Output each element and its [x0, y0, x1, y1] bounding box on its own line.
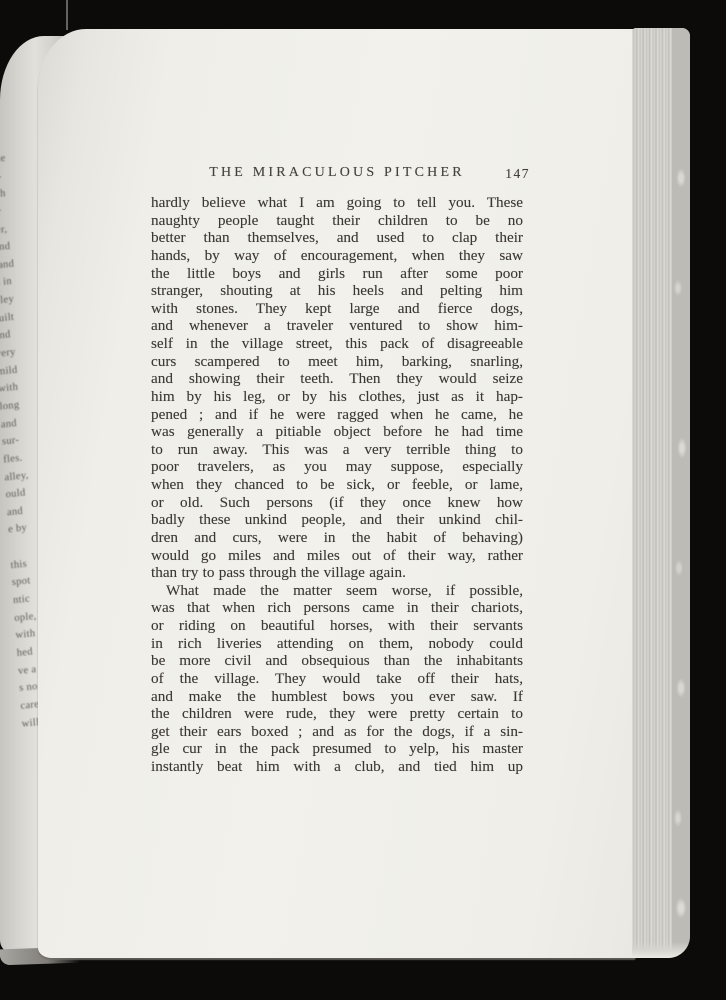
text-line: poor travelers, as you may suppose, espe… — [151, 458, 523, 476]
body-text: hardly believe what I am going to tell y… — [151, 194, 523, 776]
page-stack-bottom-edge — [632, 942, 690, 958]
text-line: and make the humblest bows you ever saw.… — [151, 688, 523, 706]
page-edge-ridges — [632, 28, 672, 958]
text-line: instantly beat him with a club, and tied… — [151, 758, 523, 776]
text-line: in rich liveries attending on them, nobo… — [151, 635, 523, 653]
book-page: THE MIRACULOUS PITCHER 147 hardly believ… — [38, 29, 636, 958]
spine-gap-shadow — [66, 0, 68, 30]
text-line: pened ; and if he were ragged when he ca… — [151, 406, 523, 424]
text-line: of the village. They would take off thei… — [151, 670, 523, 688]
text-line: What made the matter seem worse, if poss… — [151, 582, 523, 600]
text-line: or old. Such persons (if they once knew … — [151, 494, 523, 512]
text-line: gle cur in the pack presumed to yelp, hi… — [151, 740, 523, 758]
text-line: better than themselves, and used to clap… — [151, 229, 523, 247]
text-line: the little boys and girls run after some… — [151, 265, 523, 283]
text-line: be more civil and obsequious than the in… — [151, 652, 523, 670]
text-line: naughty people taught their children to … — [151, 212, 523, 230]
text-line: stranger, shouting at his heels and pelt… — [151, 282, 523, 300]
text-line: the children were rude, they were pretty… — [151, 705, 523, 723]
text-line: with stones. They kept large and fierce … — [151, 300, 523, 318]
text-line: badly these unkind people, and their unk… — [151, 511, 523, 529]
page-edges-stack — [632, 28, 690, 958]
text-line: was that when rich persons came in their… — [151, 599, 523, 617]
text-line: than try to pass through the village aga… — [151, 564, 523, 582]
text-line: would go miles and miles out of their wa… — [151, 547, 523, 565]
text-line: dren and curs, were in the habit of beha… — [151, 529, 523, 547]
text-line: when they chanced to be sick, or feeble,… — [151, 476, 523, 494]
book-edge-texture — [672, 28, 690, 958]
page-number: 147 — [505, 166, 530, 182]
chapter-title: THE MIRACULOUS PITCHER — [151, 165, 523, 181]
text-line: him by his leg, or by his clothes, just … — [151, 388, 523, 406]
text-line: and whenever a traveler ventured to show… — [151, 317, 523, 335]
text-line: get their ears boxed ; and as for the do… — [151, 723, 523, 741]
text-line: was generally a pitiable object before h… — [151, 423, 523, 441]
text-line: and showing their teeth. Then they would… — [151, 370, 523, 388]
text-line: to run away. This was a very terrible th… — [151, 441, 523, 459]
scanned-book-photo: somebul-cakhtierther,, andy andes inalle… — [0, 0, 726, 1000]
text-line: hands, by way of encouragement, when the… — [151, 247, 523, 265]
text-line: self in the village street, this pack of… — [151, 335, 523, 353]
text-line: or riding on beautiful horses, with thei… — [151, 617, 523, 635]
text-line: hardly believe what I am going to tell y… — [151, 194, 523, 212]
text-line: curs scampered to meet him, barking, sna… — [151, 353, 523, 371]
running-header: THE MIRACULOUS PITCHER 147 — [151, 165, 523, 185]
